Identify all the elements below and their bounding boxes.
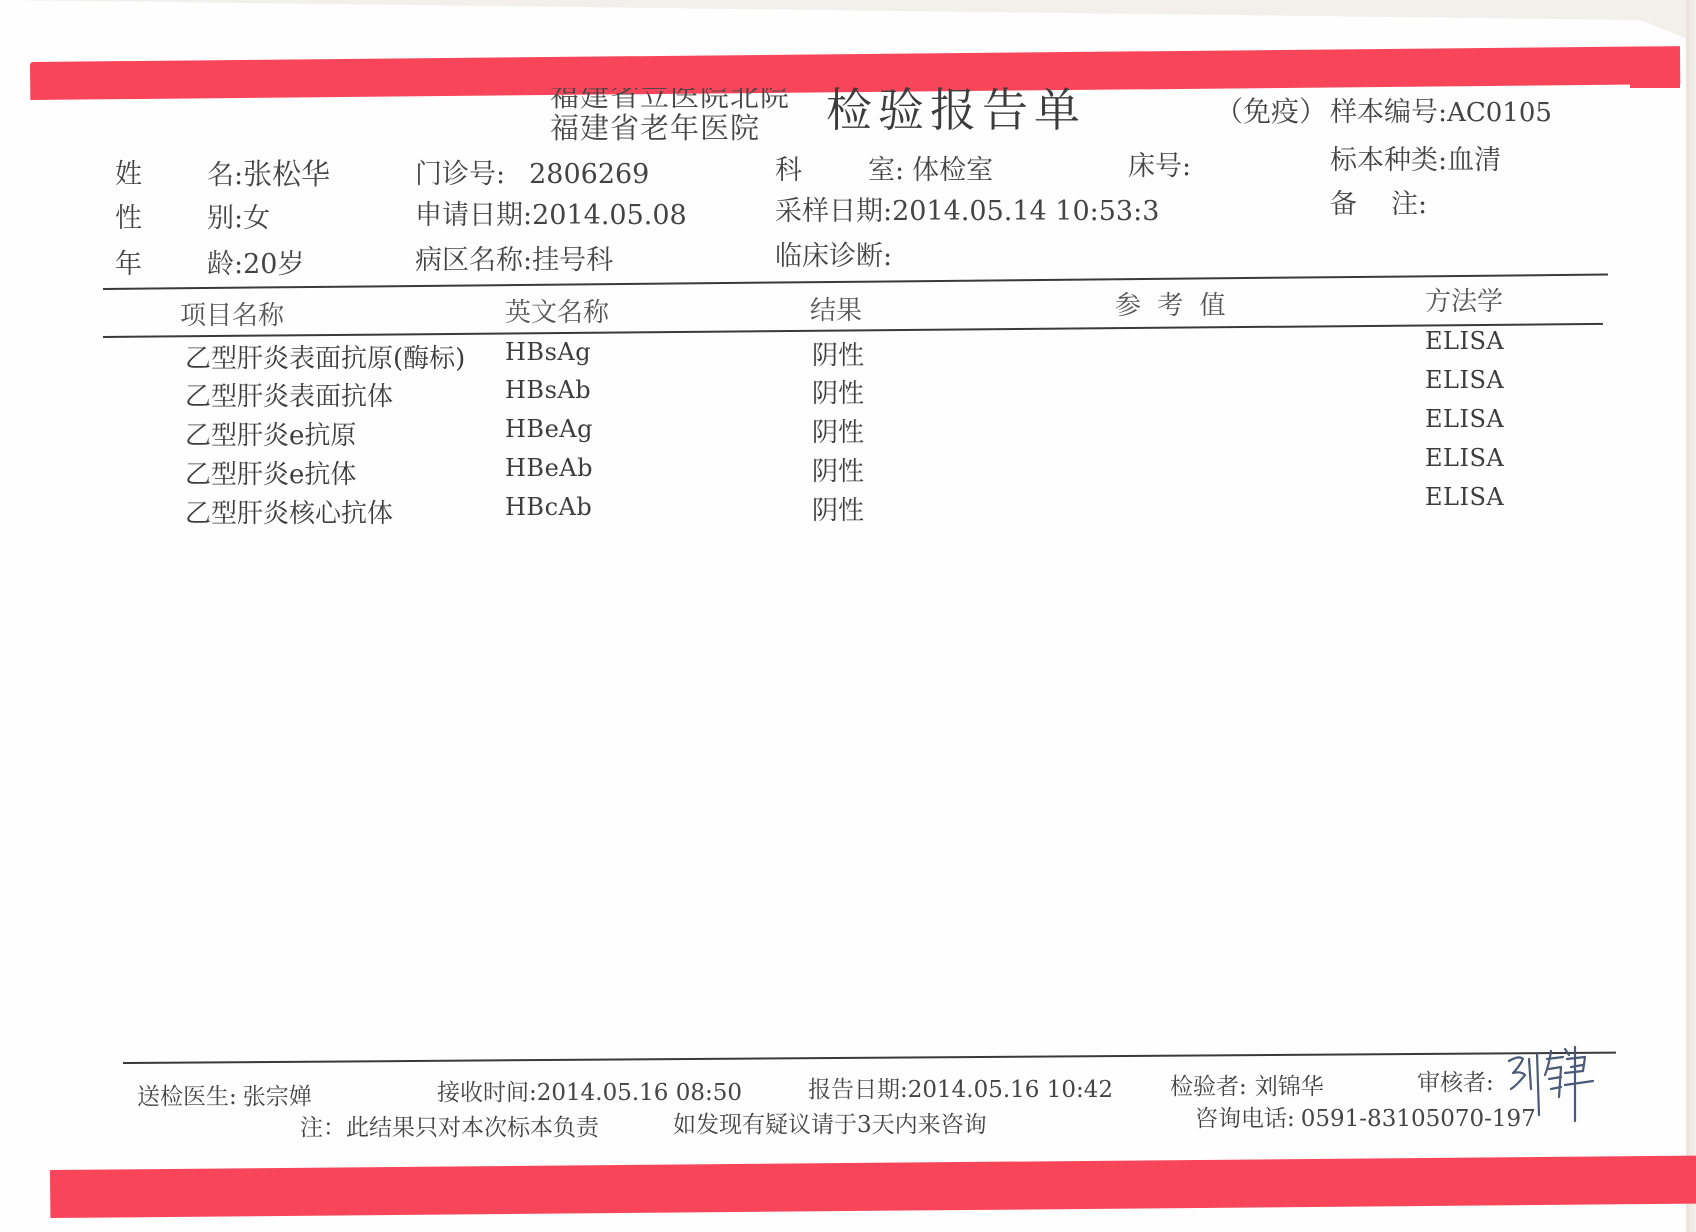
name-value: 张松华	[243, 157, 330, 191]
column-header-result: 结果	[810, 290, 862, 327]
scan-edge	[1686, 0, 1696, 1232]
cell-result: 阴性	[812, 412, 864, 449]
sample-number-label: 样本编号:	[1330, 97, 1447, 128]
outpatient-number-label: 门诊号:	[415, 159, 505, 190]
patient-age: 龄:20岁	[207, 242, 304, 281]
report-category: （免疫）	[1215, 90, 1327, 130]
disclaimer-note-2: 如发现有疑议请于3天内来咨询	[673, 1106, 987, 1139]
doctor-label: 送检医生:	[137, 1084, 237, 1110]
tester-value: 刘锦华	[1255, 1074, 1324, 1100]
sex-label-a: 性	[115, 196, 142, 235]
outpatient-number-value: 2806269	[529, 159, 649, 190]
cell-item: 乙型肝炎核心抗体	[185, 493, 393, 530]
cell-item: 乙型肝炎e抗体	[185, 454, 356, 491]
sample-number: 样本编号:AC0105	[1330, 90, 1552, 129]
name-label-b: 名:	[207, 160, 243, 191]
report-date-value: 2014.05.16 10:42	[908, 1077, 1113, 1103]
cell-method: ELISA	[1425, 327, 1504, 355]
cell-method: ELISA	[1425, 366, 1504, 394]
sex-label-b: 别:	[207, 203, 243, 234]
bed-number: 床号:	[1128, 144, 1191, 183]
received-label: 接收时间:	[437, 1080, 537, 1106]
cell-result: 阴性	[812, 490, 864, 527]
patient-sex: 别:女	[207, 196, 270, 235]
column-header-method: 方法学	[1425, 281, 1503, 318]
phone-value: 0591-83105070-197	[1301, 1106, 1536, 1132]
received-value: 2014.05.16 08:50	[537, 1080, 742, 1106]
dept-label-a: 科	[775, 148, 802, 187]
specimen-type-value: 血清	[1447, 145, 1501, 176]
cell-item: 乙型肝炎表面抗体	[185, 376, 393, 413]
department: 室:体检室	[868, 148, 993, 187]
referring-doctor: 送检医生:张宗婵	[137, 1078, 312, 1111]
sampling-date-value: 2014.05.14 10:53:3	[892, 196, 1159, 227]
specimen-type: 标本种类:血清	[1330, 138, 1501, 177]
age-label-b: 龄:	[207, 249, 243, 280]
report-title: 检验报告单	[826, 74, 1086, 140]
cell-english: HBeAb	[505, 454, 593, 482]
column-header-item: 项目名称	[180, 295, 284, 332]
clinical-diagnosis: 临床诊断:	[775, 234, 892, 273]
age-label-a: 年	[115, 242, 142, 281]
outpatient-number: 门诊号:2806269	[415, 152, 649, 191]
remarks-label-a: 备	[1330, 189, 1357, 220]
cell-method: ELISA	[1425, 483, 1504, 511]
sample-number-value: AC0105	[1447, 98, 1552, 128]
cell-english: HBcAb	[505, 493, 592, 521]
diagnosis-label: 临床诊断:	[775, 241, 892, 272]
consult-phone: 咨询电话:0591-83105070-197	[1195, 1100, 1536, 1133]
remarks-label-b: 注:	[1391, 189, 1427, 220]
ward-value: 挂号科	[532, 245, 613, 276]
request-date: 申请日期:2014.05.08	[415, 193, 687, 232]
age-value: 20岁	[243, 249, 304, 280]
ward-label: 病区名称:	[415, 245, 532, 276]
patient-name: 名:张松华	[207, 152, 330, 193]
disclaimer-note: 注：此结果只对本次标本负责	[300, 1109, 599, 1142]
dept-label-b: 室:	[868, 155, 904, 186]
remarks: 备注:	[1330, 182, 1427, 221]
cell-method: ELISA	[1425, 444, 1504, 472]
phone-label: 咨询电话:	[1195, 1106, 1295, 1132]
request-date-value: 2014.05.08	[532, 200, 687, 231]
cell-english: HBsAg	[505, 338, 591, 366]
dept-value: 体检室	[912, 155, 993, 186]
specimen-type-label: 标本种类:	[1330, 145, 1447, 176]
doctor-value: 张宗婵	[243, 1084, 312, 1110]
ward-name: 病区名称:挂号科	[415, 238, 613, 277]
tester: 检验者:刘锦华	[1170, 1068, 1324, 1101]
report-date: 报告日期:2014.05.16 10:42	[808, 1071, 1113, 1104]
column-header-english: 英文名称	[505, 292, 609, 329]
name-label-a: 姓	[115, 152, 142, 191]
hospital-name-line2: 福建省老年医院	[550, 106, 760, 147]
sex-value: 女	[243, 203, 270, 234]
report-date-label: 报告日期:	[808, 1077, 908, 1103]
sampling-date: 采样日期:2014.05.14 10:53:3	[775, 189, 1159, 228]
cell-item: 乙型肝炎表面抗原(酶标)	[185, 338, 465, 375]
sampling-date-label: 采样日期:	[775, 196, 892, 227]
cell-result: 阴性	[812, 335, 864, 372]
tester-label: 检验者:	[1170, 1074, 1247, 1100]
bed-label: 床号:	[1128, 151, 1191, 182]
cell-result: 阴性	[812, 451, 864, 488]
column-header-reference: 参 考 值	[1115, 285, 1230, 322]
cell-item: 乙型肝炎e抗原	[185, 415, 356, 452]
cell-english: HBeAg	[505, 415, 593, 443]
cell-method: ELISA	[1425, 405, 1504, 433]
reviewer-label: 审核者:	[1417, 1064, 1494, 1097]
received-time: 接收时间:2014.05.16 08:50	[437, 1074, 742, 1107]
cell-result: 阴性	[812, 373, 864, 410]
request-date-label: 申请日期:	[415, 200, 532, 231]
cell-english: HBsAb	[505, 376, 591, 404]
